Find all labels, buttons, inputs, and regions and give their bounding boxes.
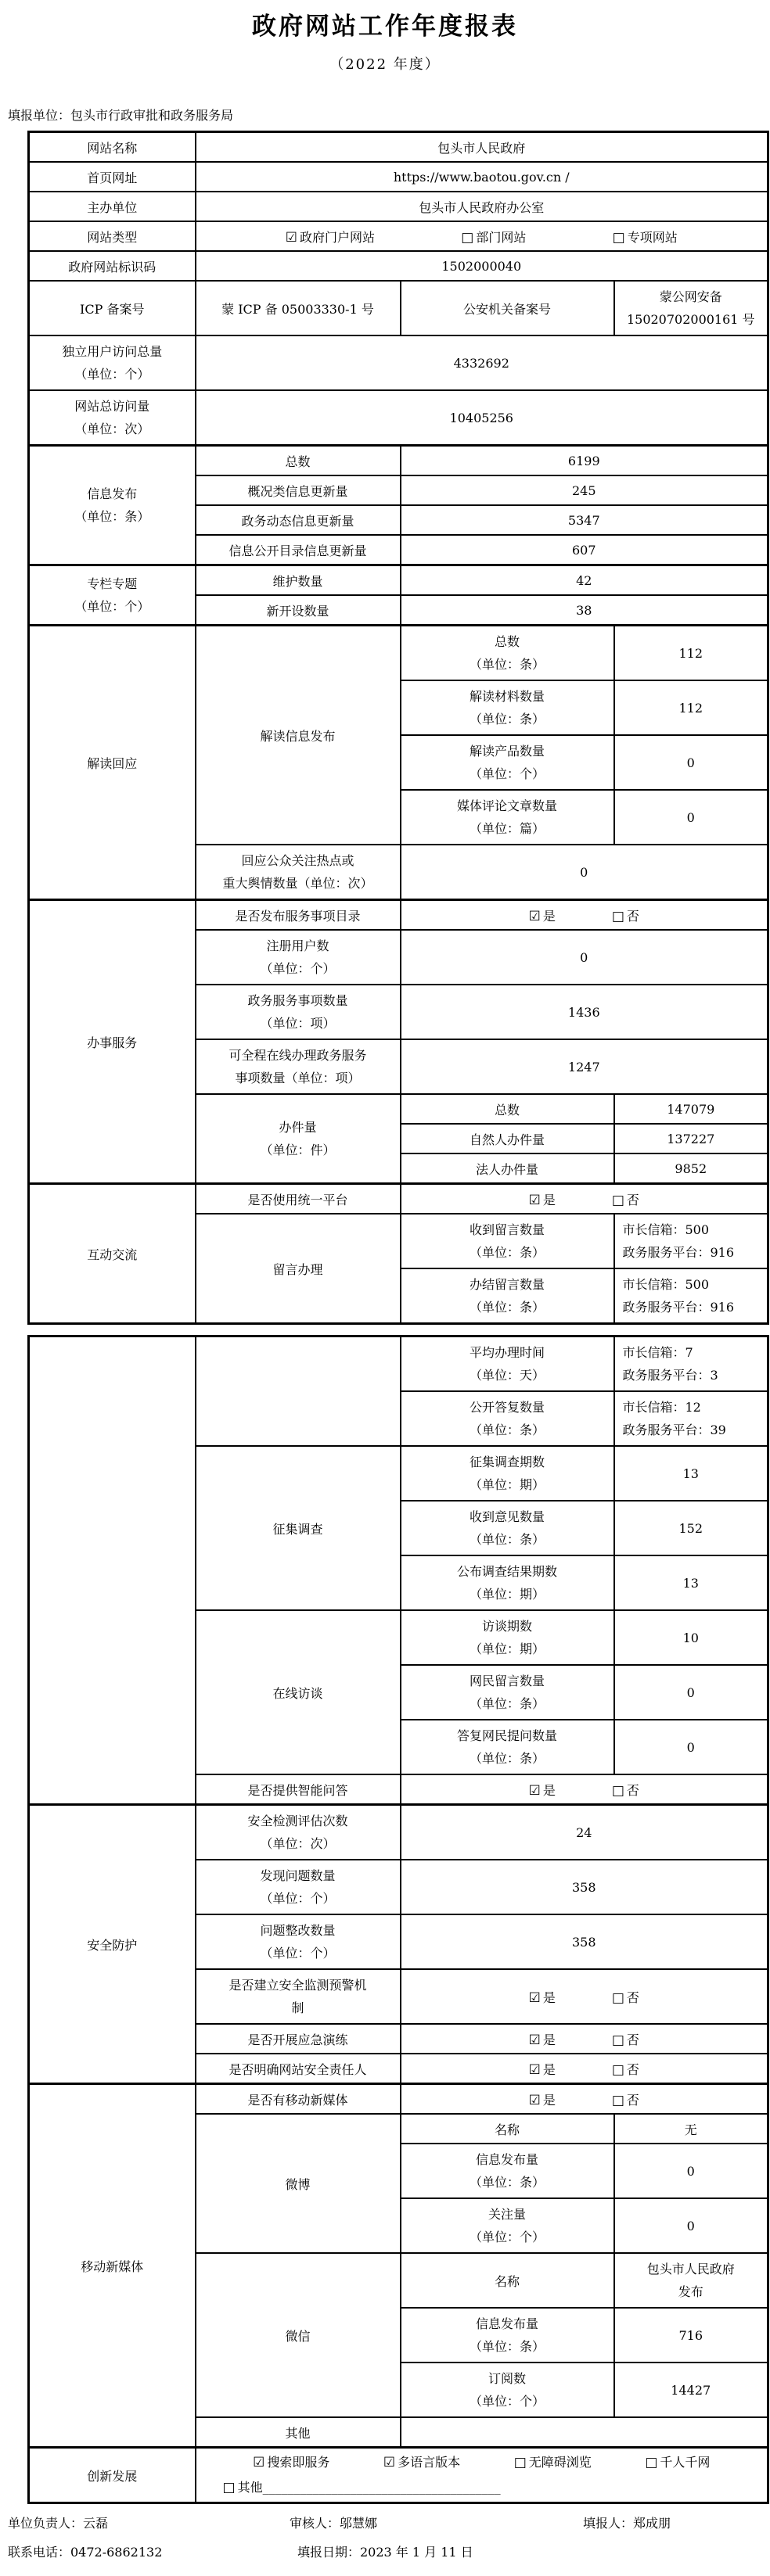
interview-label: 在线访谈 (196, 1610, 401, 1774)
row-label: 政务动态信息更新量 (196, 505, 401, 535)
row-value: 607 (401, 535, 768, 565)
innovation-option: ☑搜索即服务 (253, 2450, 329, 2475)
row-label: 信息发布量 （单位：条） (401, 2144, 614, 2198)
row-label: 信息发布量 （单位：条） (401, 2308, 614, 2363)
case-volume-label: 办件量 （单位：件） (196, 1094, 401, 1184)
other-newmedia-value (401, 2417, 768, 2448)
site-type-label: 网站类型 (29, 221, 196, 251)
annual-report-page: 政府网站工作年度报表 （2022 年度） 填报单位：包头市行政审批和政务服务局 … (0, 0, 770, 2576)
checkbox-unchecked-icon: □ (514, 2455, 527, 2470)
option-label: 政府门户网站 (300, 230, 375, 245)
interact-category: 互动交流 (29, 1184, 196, 1324)
checkbox-checked-icon: ☑ (529, 1193, 541, 1208)
checkbox-unchecked-icon: □ (613, 230, 625, 246)
row-label: 平均办理时间 （单位：天） (401, 1336, 614, 1392)
no-option: □否 (612, 1988, 639, 2006)
row-value: 0 (614, 2198, 768, 2253)
security-warning-label: 是否建立安全监测预警机 制 (196, 1969, 401, 2024)
row-label: 办结留言数量 （单位：条） (401, 1268, 614, 1324)
row-value: 245 (401, 475, 768, 505)
service-catalog-label: 是否发布服务事项目录 (196, 900, 401, 931)
home-url-label: 首页网址 (29, 162, 196, 192)
row-value: 0 (614, 2144, 768, 2198)
innovation-option: □无障碍浏览 (514, 2450, 592, 2475)
filing-unit-line: 填报单位：包头市行政审批和政务服务局 (8, 106, 770, 124)
row-value: 市长信箱：12 政务服务平台：39 (614, 1391, 768, 1446)
row-label: 订阅数 （单位：个） (401, 2363, 614, 2417)
table-row: 独立用户访问总量 （单位：个） 4332692 (29, 335, 768, 390)
checkbox-unchecked-icon: □ (612, 1990, 624, 2006)
checkbox-unchecked-icon: □ (612, 2093, 624, 2108)
checkbox-unchecked-icon: □ (612, 2062, 624, 2078)
checkbox-unchecked-icon: □ (612, 1783, 624, 1799)
row-label: 关注量 （单位：个） (401, 2198, 614, 2253)
table-row: 网站名称 包头市人民政府 (29, 132, 768, 163)
unique-visitors-label: 独立用户访问总量 （单位：个） (29, 335, 196, 390)
row-value: 152 (614, 1501, 768, 1555)
row-label: 总数 (196, 446, 401, 476)
survey-label: 征集调查 (196, 1446, 401, 1610)
smart-qa-checkboxes: ☑是 □否 (401, 1774, 768, 1805)
checkbox-unchecked-icon: □ (645, 2455, 657, 2470)
unified-platform-checkboxes: ☑是 □否 (401, 1184, 768, 1214)
checkbox-unchecked-icon: □ (461, 230, 473, 246)
table-row: ICP 备案号 蒙 ICP 备 05003330-1 号 公安机关备案号 蒙公网… (29, 281, 768, 335)
innovation-option: □千人千网 (645, 2450, 710, 2475)
row-value: 0 (614, 790, 768, 845)
row-value: 0 (614, 735, 768, 790)
innovation-options: ☑搜索即服务 ☑多语言版本 □无障碍浏览 □千人千网 □其他__________… (196, 2448, 768, 2503)
table-row: 网站总访问量 （单位：次） 10405256 (29, 390, 768, 446)
table-row: 移动新媒体 是否有移动新媒体 ☑是 □否 (29, 2084, 768, 2115)
row-label: 答复网民提问数量 （单位：条） (401, 1720, 614, 1774)
table-row: 创新发展 ☑搜索即服务 ☑多语言版本 □无障碍浏览 □千人千网 □其他_____… (29, 2448, 768, 2503)
innovation-other-option: □其他_____________________________________… (200, 2475, 765, 2500)
checkbox-unchecked-icon: □ (223, 2480, 236, 2495)
security-owner-checkboxes: ☑是 □否 (401, 2054, 768, 2084)
row-value: 0 (614, 1665, 768, 1720)
row-value: 9852 (614, 1153, 768, 1184)
site-type-option: □部门网站 (461, 228, 526, 246)
row-value: 5347 (401, 505, 768, 535)
innovation-option: ☑多语言版本 (383, 2450, 460, 2475)
row-value: 1436 (401, 985, 768, 1039)
signature-footer: 单位负责人：云磊 审核人：邬慧娜 填报人：郑成朋 联系电话：0472-68621… (0, 2513, 770, 2576)
table-row: 互动交流 是否使用统一平台 ☑是 □否 (29, 1184, 768, 1214)
no-option: □否 (612, 2030, 639, 2048)
interpret-category: 解读回应 (29, 626, 196, 900)
checkbox-checked-icon: ☑ (253, 2455, 264, 2470)
row-label: 法人办件量 (401, 1153, 614, 1184)
site-code-value: 1502000040 (196, 251, 768, 281)
checkbox-unchecked-icon: □ (612, 1193, 624, 1208)
table-row: 办事服务 是否发布服务事项目录 ☑是 □否 (29, 900, 768, 931)
row-label: 新开设数量 (196, 595, 401, 626)
row-value: 358 (401, 1914, 768, 1969)
row-value: 市长信箱：500 政务服务平台：916 (614, 1268, 768, 1324)
row-label: 可全程在线办理政务服务 事项数量（单位：项） (196, 1039, 401, 1094)
contact-phone: 联系电话：0472-6862132 (8, 2542, 162, 2560)
row-label: 总数 (401, 1094, 614, 1124)
sponsor-value: 包头市人民政府办公室 (196, 192, 768, 221)
page-break-gap (0, 1325, 770, 1335)
row-value: 无 (614, 2114, 768, 2144)
no-option: □否 (612, 2060, 639, 2078)
table-row: 政府网站标识码 1502000040 (29, 251, 768, 281)
hot-response-value: 0 (401, 845, 768, 900)
checkbox-unchecked-icon: □ (612, 2032, 624, 2048)
checkbox-checked-icon: ☑ (529, 1783, 541, 1799)
checkbox-checked-icon: ☑ (286, 230, 297, 246)
wechat-name-label: 名称 (401, 2253, 614, 2308)
unit-owner: 单位负责人：云磊 (8, 2513, 108, 2531)
yes-option: ☑是 (529, 2090, 556, 2108)
report-year-subtitle: （2022 年度） (0, 53, 770, 74)
row-value: 0 (614, 1720, 768, 1774)
row-label: 维护数量 (196, 565, 401, 596)
has-newmedia-checkboxes: ☑是 □否 (401, 2084, 768, 2115)
row-label: 媒体评论文章数量 （单位：篇） (401, 790, 614, 845)
wechat-name-value: 包头市人民政府 发布 (614, 2253, 768, 2308)
row-label: 信息公开目录信息更新量 (196, 535, 401, 565)
row-label: 解读产品数量 （单位：个） (401, 735, 614, 790)
total-visits-value: 10405256 (196, 390, 768, 446)
row-value: 13 (614, 1446, 768, 1501)
site-name-label: 网站名称 (29, 132, 196, 163)
row-value: 38 (401, 595, 768, 626)
row-label: 访谈期数 （单位：期） (401, 1610, 614, 1665)
row-value: 358 (401, 1860, 768, 1914)
report-table-part1: 网站名称 包头市人民政府 首页网址 https://www.baotou.gov… (27, 131, 769, 1325)
weibo-label: 微博 (196, 2114, 401, 2253)
service-catalog-checkboxes: ☑是 □否 (401, 900, 768, 931)
icp-value: 蒙 ICP 备 05003330-1 号 (196, 281, 401, 335)
newmedia-category: 移动新媒体 (29, 2084, 196, 2448)
form-filler: 填报人：郑成朋 (583, 2513, 671, 2531)
special-column-category: 专栏专题 （单位：个） (29, 565, 196, 626)
site-code-label: 政府网站标识码 (29, 251, 196, 281)
checkbox-checked-icon: ☑ (529, 1990, 541, 2006)
checkbox-checked-icon: ☑ (529, 2093, 541, 2108)
home-url-value: https://www.baotou.gov.cn / (196, 162, 768, 192)
row-label: 收到留言数量 （单位：条） (401, 1214, 614, 1268)
info-pub-category: 信息发布 （单位：条） (29, 446, 196, 565)
unified-platform-label: 是否使用统一平台 (196, 1184, 401, 1214)
emergency-drill-checkboxes: ☑是 □否 (401, 2024, 768, 2054)
page-title: 政府网站工作年度报表 (0, 0, 770, 41)
reviewer: 审核人：邬慧娜 (290, 2513, 377, 2531)
row-label: 发现问题数量 （单位：个） (196, 1860, 401, 1914)
row-label: 政务服务事项数量 （单位：项） (196, 985, 401, 1039)
has-newmedia-label: 是否有移动新媒体 (196, 2084, 401, 2115)
smart-qa-label: 是否提供智能问答 (196, 1774, 401, 1805)
row-value: 42 (401, 565, 768, 596)
checkbox-checked-icon: ☑ (383, 2455, 395, 2470)
yes-option: ☑是 (529, 2030, 556, 2048)
no-option: □否 (612, 1781, 639, 1799)
row-value: 147079 (614, 1094, 768, 1124)
table-row: 平均办理时间 （单位：天） 市长信箱：7 政务服务平台：3 (29, 1336, 768, 1392)
wechat-label: 微信 (196, 2253, 401, 2417)
row-value: 112 (614, 626, 768, 681)
table-row: 专栏专题 （单位：个） 维护数量 42 (29, 565, 768, 596)
row-value: 24 (401, 1805, 768, 1860)
checkbox-checked-icon: ☑ (529, 909, 541, 924)
row-label: 注册用户数 （单位：个） (196, 930, 401, 985)
sponsor-label: 主办单位 (29, 192, 196, 221)
interpret-pub-label: 解读信息发布 (196, 626, 401, 845)
no-option: □否 (612, 906, 639, 924)
no-option: □否 (612, 1190, 639, 1208)
row-value: 10 (614, 1610, 768, 1665)
row-label: 名称 (401, 2114, 614, 2144)
service-category: 办事服务 (29, 900, 196, 1184)
message-handling-label: 留言办理 (196, 1214, 401, 1324)
row-value: 市长信箱：7 政务服务平台：3 (614, 1336, 768, 1392)
total-visits-label: 网站总访问量 （单位：次） (29, 390, 196, 446)
security-owner-label: 是否明确网站安全责任人 (196, 2054, 401, 2084)
row-label: 收到意见数量 （单位：条） (401, 1501, 614, 1555)
other-newmedia-label: 其他 (196, 2417, 401, 2448)
hot-response-label: 回应公众关注热点或 重大舆情数量（单位：次） (196, 845, 401, 900)
row-label: 自然人办件量 (401, 1124, 614, 1153)
filing-date: 填报日期：2023 年 1 月 11 日 (297, 2542, 473, 2560)
row-label: 公布调查结果期数 （单位：期） (401, 1555, 614, 1610)
row-label: 网民留言数量 （单位：条） (401, 1665, 614, 1720)
row-value: 14427 (614, 2363, 768, 2417)
fill-in-blank-line: ______________________________________ (263, 2480, 501, 2495)
unique-visitors-value: 4332692 (196, 335, 768, 390)
table-row: 信息发布 （单位：条） 总数 6199 (29, 446, 768, 476)
row-value: 137227 (614, 1124, 768, 1153)
police-record-value: 蒙公网安备 15020702000161 号 (614, 281, 768, 335)
security-category: 安全防护 (29, 1805, 196, 2084)
row-value: 13 (614, 1555, 768, 1610)
security-warning-checkboxes: ☑是 □否 (401, 1969, 768, 2024)
option-label: 专项网站 (628, 230, 678, 245)
row-value: 112 (614, 680, 768, 735)
checkbox-unchecked-icon: □ (612, 909, 624, 924)
site-type-options: ☑政府门户网站 □部门网站 □专项网站 (196, 221, 768, 251)
row-value: 6199 (401, 446, 768, 476)
yes-option: ☑是 (529, 1781, 556, 1799)
row-value: 0 (401, 930, 768, 985)
row-label: 解读材料数量 （单位：条） (401, 680, 614, 735)
message-handling-continued (196, 1336, 401, 1447)
yes-option: ☑是 (529, 906, 556, 924)
row-label: 概况类信息更新量 (196, 475, 401, 505)
site-name-value: 包头市人民政府 (196, 132, 768, 163)
row-label: 征集调查期数 （单位：期） (401, 1446, 614, 1501)
site-type-option: □专项网站 (613, 228, 678, 246)
checkbox-checked-icon: ☑ (529, 2032, 541, 2048)
table-row: 主办单位 包头市人民政府办公室 (29, 192, 768, 221)
site-type-option: ☑政府门户网站 (286, 228, 375, 246)
row-label: 总数 （单位：条） (401, 626, 614, 681)
option-label: 部门网站 (476, 230, 526, 245)
emergency-drill-label: 是否开展应急演练 (196, 2024, 401, 2054)
icp-label: ICP 备案号 (29, 281, 196, 335)
innovation-category: 创新发展 (29, 2448, 196, 2503)
interact-category-continued (29, 1336, 196, 1805)
table-row: 安全防护 安全检测评估次数 （单位：次） 24 (29, 1805, 768, 1860)
no-option: □否 (612, 2090, 639, 2108)
yes-option: ☑是 (529, 2060, 556, 2078)
yes-option: ☑是 (529, 1988, 556, 2006)
row-label: 公开答复数量 （单位：条） (401, 1391, 614, 1446)
table-row: 解读回应 解读信息发布 总数 （单位：条） 112 (29, 626, 768, 681)
row-value: 市长信箱：500 政务服务平台：916 (614, 1214, 768, 1268)
row-label: 问题整改数量 （单位：个） (196, 1914, 401, 1969)
report-table-part2: 平均办理时间 （单位：天） 市长信箱：7 政务服务平台：3 公开答复数量 （单位… (27, 1335, 769, 2504)
row-value: 1247 (401, 1039, 768, 1094)
table-row: 网站类型 ☑政府门户网站 □部门网站 □专项网站 (29, 221, 768, 251)
table-row: 首页网址 https://www.baotou.gov.cn / (29, 162, 768, 192)
row-value: 716 (614, 2308, 768, 2363)
yes-option: ☑是 (529, 1190, 556, 1208)
police-record-label: 公安机关备案号 (401, 281, 614, 335)
checkbox-checked-icon: ☑ (529, 2062, 541, 2078)
row-label: 安全检测评估次数 （单位：次） (196, 1805, 401, 1860)
